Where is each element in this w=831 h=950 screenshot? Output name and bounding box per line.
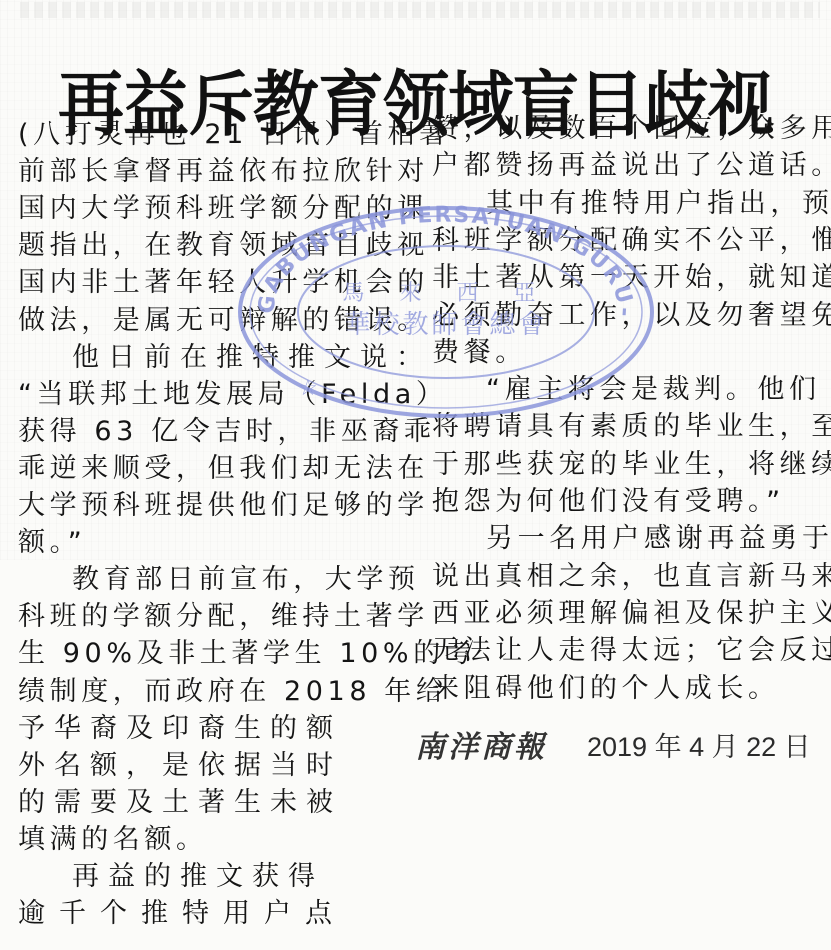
newspaper-masthead: 南洋商報 [415,722,547,766]
article-line: 外名额，是依据当时 [18,747,342,784]
article-line: 生 90%及非土著学生 10%的考 [18,635,476,672]
article-line: 必须勤奋工作，以及勿奢望免 [432,297,831,334]
source-dateline: 南洋商報 2019 年 4 月 22 日 [415,722,811,766]
article-line: 大学预科班提供他们足够的学 [18,487,429,524]
article-line: 国内非土著年轻人升学机会的 [18,264,429,301]
article-line: 另一名用户感谢再益勇于 [432,520,831,557]
article-line: 赞，以及数百个回应；众多用 [432,110,831,147]
article-line: “雇主将会是裁判。他们 [432,371,821,408]
article-line: 乖逆来顺受，但我们却无法在 [18,450,429,487]
article-line: 其中有推特用户指出，预 [432,185,831,222]
article-line: 户都赞扬再益说出了公道话。 [432,147,831,184]
article-line: (八打灵再也 21 日讯）首相署 [18,116,451,153]
article-line: 的需要及土著生未被 [18,784,342,821]
article-line: 获得 63 亿令吉时，非巫裔乖 [18,413,436,450]
article-line: 教育部日前宣布，大学预 [18,561,420,598]
article-line: 予华裔及印裔生的额 [18,710,342,747]
article-line: 抱怨为何他们没有受聘。” [432,483,785,520]
article-line: 科班学额分配确实不公平，惟 [432,222,831,259]
article-line: 额。” [18,524,86,561]
article-line: 于那些获宠的毕业生，将继续 [432,446,831,483]
article-line: 他日前在推特推文说： [18,339,432,376]
article-line: 逾千个推特用户点 [18,895,346,932]
article-line: 做法，是属无可辩解的错误。 [18,302,429,339]
bleed-through-text [20,2,820,18]
article-line: 前部长拿督再益依布拉欣针对 [18,153,429,190]
article-line: 绩制度，而政府在 2018 年给 [18,673,447,710]
article-line: 费餐。 [432,334,527,371]
article-line: 说出真相之余，也直言新马来 [432,558,831,595]
article-line: 非土著从第一天开始，就知道 [432,259,831,296]
article-line: 题指出，在教育领域盲目歧视 [18,227,429,264]
article-line: 国内大学预科班学额分配的课 [18,190,429,227]
article-line: “当联邦土地发展局（Felda） [18,376,447,413]
publication-date: 2019 年 4 月 22 日 [587,725,811,764]
article-line: 再益的推文获得 [18,858,324,895]
article-line: 填满的名额。 [18,821,208,858]
article-line: 将聘请具有素质的毕业生，至 [432,408,831,445]
article-line: 西亚必须理解偏袒及保护主义 [432,595,831,632]
article-line: 无法让人走得太远；它会反过 [432,632,831,669]
article-line: 来阻碍他们的个人成长。 [432,670,780,707]
article-line: 科班的学额分配，维持土著学 [18,598,429,635]
